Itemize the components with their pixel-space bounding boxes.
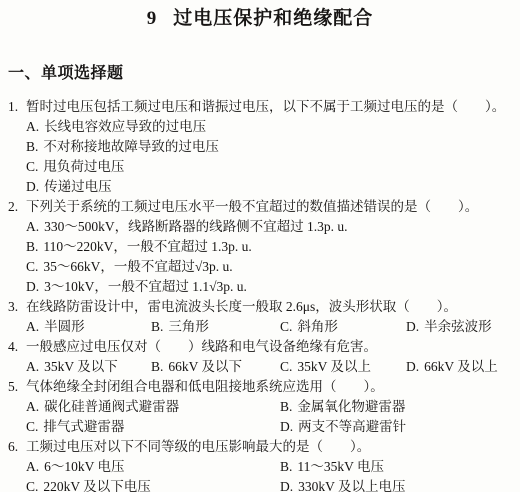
option-text: 35kV 及以下 bbox=[44, 359, 118, 374]
option-text: 两支不等高避雷针 bbox=[298, 419, 406, 434]
chapter-title: 9过电压保护和绝缘配合 bbox=[0, 0, 520, 31]
question-1-option-c: C.甩负荷过电压 bbox=[0, 157, 520, 177]
option-text: 330～500kV，线路断路器的线路侧不宜超过 1.3p. u. bbox=[44, 219, 347, 234]
question-5-options-row-1: A.碳化硅普通阀式避雷器 B.金属氧化物避雷器 bbox=[26, 397, 520, 417]
option-label: B. bbox=[280, 399, 292, 414]
option-text: 不对称接地故障导致的过电压 bbox=[43, 139, 219, 154]
question-number: 5. bbox=[8, 377, 26, 397]
option-text: 66kV 及以下 bbox=[168, 359, 242, 374]
section-heading: 一、单项选择题 bbox=[8, 64, 520, 84]
question-4: 4.一般感应过电压仅对（ ）线路和电气设备绝缘有危害。 A.35kV 及以下 B… bbox=[0, 337, 520, 377]
question-list: 1.暂时过电压包括工频过电压和谐振过电压，以下不属于工频过电压的是（ ）。 A.… bbox=[0, 97, 520, 492]
question-6: 6.工频过电压对以下不同等级的电压影响最大的是（ ）。 A.6～10kV 电压 … bbox=[0, 437, 520, 492]
question-number: 6. bbox=[8, 437, 26, 457]
option-label: B. bbox=[26, 239, 38, 254]
option-text: 11～35kV 电压 bbox=[297, 459, 384, 474]
option-text: 3～10kV，一般不宜超过 1.1√3p. u. bbox=[44, 279, 247, 294]
option-text: 传递过电压 bbox=[44, 179, 112, 194]
question-stem-text: 暂时过电压包括工频过电压和谐振过电压，以下不属于工频过电压的是（ ）。 bbox=[26, 99, 505, 114]
chapter-title-text: 过电压保护和绝缘配合 bbox=[173, 8, 373, 29]
option-label: B. bbox=[280, 459, 292, 474]
question-5-stem: 5.气体绝缘全封闭组合电器和低电阻接地系统应选用（ ）。 bbox=[0, 377, 520, 397]
question-stem-text: 气体绝缘全封闭组合电器和低电阻接地系统应选用（ ）。 bbox=[26, 379, 384, 394]
option-text: 半圆形 bbox=[44, 319, 85, 334]
chapter-number: 9 bbox=[147, 8, 158, 29]
option-text: 半余弦波形 bbox=[424, 319, 492, 334]
option-label: B. bbox=[151, 359, 163, 374]
option-text: 斜角形 bbox=[297, 319, 338, 334]
option-text: 金属氧化物避雷器 bbox=[297, 399, 405, 414]
question-stem-text: 工频过电压对以下不同等级的电压影响最大的是（ ）。 bbox=[26, 439, 370, 454]
option-text: 220kV 及以下电压 bbox=[43, 479, 150, 492]
option-label: A. bbox=[26, 399, 39, 414]
question-number: 4. bbox=[8, 337, 26, 357]
question-3-options: A.半圆形 B.三角形 C.斜角形 D.半余弦波形 bbox=[26, 317, 520, 337]
question-6-option-c: C.220kV 及以下电压 bbox=[26, 477, 280, 492]
option-label: B. bbox=[26, 139, 38, 154]
option-text: 330kV 及以上电压 bbox=[298, 479, 405, 492]
question-5: 5.气体绝缘全封闭组合电器和低电阻接地系统应选用（ ）。 A.碳化硅普通阀式避雷… bbox=[0, 377, 520, 437]
question-2-option-d: D.3～10kV，一般不宜超过 1.1√3p. u. bbox=[0, 277, 520, 297]
question-3-stem: 3.在线路防雷设计中，雷电流波头长度一般取 2.6μs，波头形状取（ ）。 bbox=[0, 297, 520, 317]
option-label: B. bbox=[151, 319, 163, 334]
question-3-option-d: D.半余弦波形 bbox=[406, 317, 520, 337]
question-stem-text: 下列关于系统的工频过电压水平一般不宜超过的数值描述错误的是（ ）。 bbox=[26, 199, 478, 214]
option-text: 110～220kV，一般不宜超过 1.3p. u. bbox=[43, 239, 251, 254]
question-stem-text: 在线路防雷设计中，雷电流波头长度一般取 2.6μs，波头形状取（ ）。 bbox=[26, 299, 457, 314]
question-6-option-d: D.330kV 及以上电压 bbox=[280, 477, 520, 492]
question-4-option-c: C.35kV 及以上 bbox=[280, 357, 406, 377]
option-text: 排气式避雷器 bbox=[43, 419, 124, 434]
question-6-stem: 6.工频过电压对以下不同等级的电压影响最大的是（ ）。 bbox=[0, 437, 520, 457]
option-text: 碳化硅普通阀式避雷器 bbox=[44, 399, 179, 414]
question-1-option-d: D.传递过电压 bbox=[0, 177, 520, 197]
option-text: 甩负荷过电压 bbox=[43, 159, 124, 174]
question-4-option-d: D.66kV 及以上 bbox=[406, 357, 520, 377]
question-3: 3.在线路防雷设计中，雷电流波头长度一般取 2.6μs，波头形状取（ ）。 A.… bbox=[0, 297, 520, 337]
option-label: A. bbox=[26, 459, 39, 474]
option-text: 35～66kV，一般不宜超过√3p. u. bbox=[43, 259, 232, 274]
document-page: 9过电压保护和绝缘配合 一、单项选择题 1.暂时过电压包括工频过电压和谐振过电压… bbox=[0, 0, 520, 492]
question-4-stem: 4.一般感应过电压仅对（ ）线路和电气设备绝缘有危害。 bbox=[0, 337, 520, 357]
option-text: 35kV 及以上 bbox=[297, 359, 371, 374]
question-6-options-row-2: C.220kV 及以下电压 D.330kV 及以上电压 bbox=[26, 477, 520, 492]
option-label: D. bbox=[26, 179, 39, 194]
option-label: A. bbox=[26, 359, 39, 374]
option-label: D. bbox=[406, 319, 419, 334]
question-4-options: A.35kV 及以下 B.66kV 及以下 C.35kV 及以上 D.66kV … bbox=[26, 357, 520, 377]
question-2-option-c: C.35～66kV，一般不宜超过√3p. u. bbox=[0, 257, 520, 277]
question-5-option-d: D.两支不等高避雷针 bbox=[280, 417, 520, 437]
question-6-options-row-1: A.6～10kV 电压 B.11～35kV 电压 bbox=[26, 457, 520, 477]
question-1-stem: 1.暂时过电压包括工频过电压和谐振过电压，以下不属于工频过电压的是（ ）。 bbox=[0, 97, 520, 117]
option-label: D. bbox=[406, 359, 419, 374]
option-label: A. bbox=[26, 219, 39, 234]
question-2-option-b: B.110～220kV，一般不宜超过 1.3p. u. bbox=[0, 237, 520, 257]
option-label: D. bbox=[280, 419, 293, 434]
option-label: C. bbox=[26, 419, 38, 434]
question-4-option-b: B.66kV 及以下 bbox=[151, 357, 280, 377]
option-label: C. bbox=[26, 159, 38, 174]
question-stem-text: 一般感应过电压仅对（ ）线路和电气设备绝缘有危害。 bbox=[26, 339, 377, 354]
question-5-options-row-2: C.排气式避雷器 D.两支不等高避雷针 bbox=[26, 417, 520, 437]
question-5-option-b: B.金属氧化物避雷器 bbox=[280, 397, 520, 417]
question-3-option-b: B.三角形 bbox=[151, 317, 280, 337]
option-label: A. bbox=[26, 119, 39, 134]
option-text: 6～10kV 电压 bbox=[44, 459, 124, 474]
option-label: C. bbox=[280, 319, 292, 334]
question-number: 2. bbox=[8, 197, 26, 217]
question-2-option-a: A.330～500kV，线路断路器的线路侧不宜超过 1.3p. u. bbox=[0, 217, 520, 237]
question-number: 3. bbox=[8, 297, 26, 317]
option-text: 长线电容效应导致的过电压 bbox=[44, 119, 206, 134]
question-5-option-c: C.排气式避雷器 bbox=[26, 417, 280, 437]
question-6-option-a: A.6～10kV 电压 bbox=[26, 457, 280, 477]
question-2-stem: 2.下列关于系统的工频过电压水平一般不宜超过的数值描述错误的是（ ）。 bbox=[0, 197, 520, 217]
option-label: D. bbox=[26, 279, 39, 294]
question-1-option-b: B.不对称接地故障导致的过电压 bbox=[0, 137, 520, 157]
option-label: D. bbox=[280, 479, 293, 492]
question-3-option-c: C.斜角形 bbox=[280, 317, 406, 337]
option-label: C. bbox=[26, 479, 38, 492]
question-2: 2.下列关于系统的工频过电压水平一般不宜超过的数值描述错误的是（ ）。 A.33… bbox=[0, 197, 520, 297]
option-text: 三角形 bbox=[168, 319, 209, 334]
option-label: C. bbox=[280, 359, 292, 374]
question-4-option-a: A.35kV 及以下 bbox=[26, 357, 151, 377]
option-label: A. bbox=[26, 319, 39, 334]
option-label: C. bbox=[26, 259, 38, 274]
question-1-option-a: A.长线电容效应导致的过电压 bbox=[0, 117, 520, 137]
question-6-option-b: B.11～35kV 电压 bbox=[280, 457, 520, 477]
question-1: 1.暂时过电压包括工频过电压和谐振过电压，以下不属于工频过电压的是（ ）。 A.… bbox=[0, 97, 520, 197]
question-number: 1. bbox=[8, 97, 26, 117]
question-5-option-a: A.碳化硅普通阀式避雷器 bbox=[26, 397, 280, 417]
question-3-option-a: A.半圆形 bbox=[26, 317, 151, 337]
option-text: 66kV 及以上 bbox=[424, 359, 498, 374]
